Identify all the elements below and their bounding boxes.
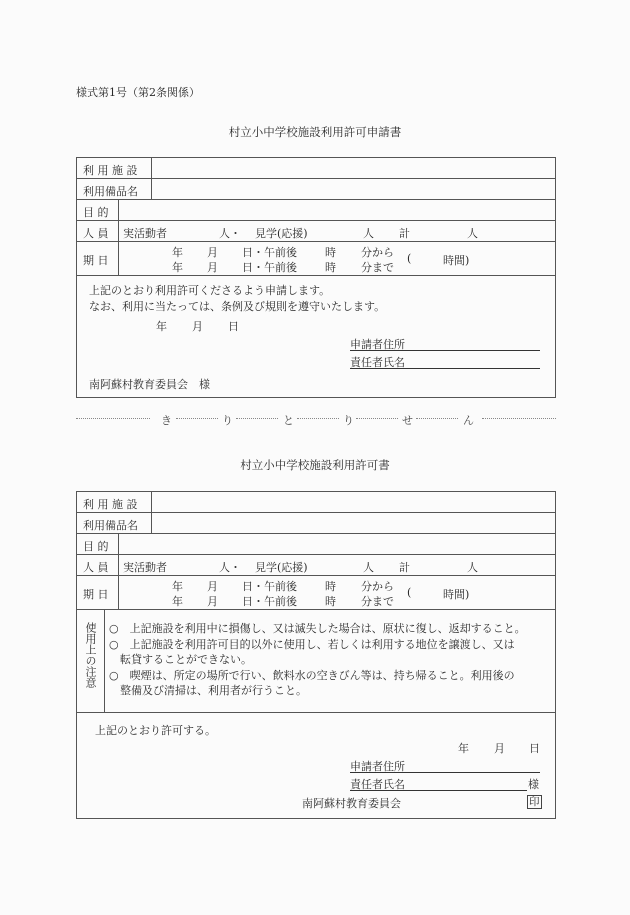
applicant-address-field[interactable] bbox=[350, 772, 540, 773]
day-ampm: 日・午前後 bbox=[242, 244, 297, 260]
usage-note: ○ 上記施設を利用中に損傷し、又は滅失した場合は、原状に復し、返却すること。 bbox=[109, 620, 526, 636]
total-label: 計 bbox=[399, 225, 410, 241]
until-label: 分まで bbox=[361, 593, 394, 609]
row-facility: 利 用 施 設 bbox=[77, 158, 555, 179]
unit-person: 人・ bbox=[219, 559, 241, 575]
usage-note: ○ 上記施設を利用許可目的以外に使用し、若しくは利用する地位を譲渡し、又は bbox=[109, 636, 515, 652]
cut-char: ん bbox=[463, 412, 474, 428]
seal-mark: 印 bbox=[527, 795, 542, 809]
date-year: 年 bbox=[458, 740, 469, 756]
date-month: 月 bbox=[192, 318, 203, 334]
spectators-label: 見学(応援) bbox=[255, 559, 308, 575]
row-equipment: 利用備品名 bbox=[77, 513, 555, 534]
row-equipment: 利用備品名 bbox=[77, 179, 555, 200]
label-purpose: 目 的 bbox=[83, 204, 109, 220]
row-people: 人 員 実活動者 人・ 見学(応援) 人 計 人 bbox=[77, 555, 555, 576]
permit-statement: 上記のとおり許可する。 bbox=[95, 722, 216, 738]
request-statement-2: なお、利用に当たっては、条例及び規則を遵守いたします。 bbox=[89, 298, 385, 314]
permit-form-table: 利 用 施 設 利用備品名 目 的 人 員 実活動者 人・ 見学(応援) 人 計… bbox=[76, 491, 556, 819]
hour-unit: 時 bbox=[325, 259, 336, 275]
unit-person: 人 bbox=[363, 559, 374, 575]
duration-label: 時間) bbox=[443, 252, 469, 268]
label-equipment: 利用備品名 bbox=[83, 183, 138, 199]
row-period: 期 日 年 月 日・午前後 時 分から 年 月 日・午前後 時 分まで ( 時間… bbox=[77, 242, 555, 276]
permit-title: 村立小中学校施設利用許可書 bbox=[0, 457, 630, 473]
spectators-label: 見学(応援) bbox=[255, 225, 308, 241]
hour-unit: 時 bbox=[325, 244, 336, 260]
responsible-name-field[interactable] bbox=[350, 368, 540, 369]
issuer: 南阿蘇村教育委員会 bbox=[302, 795, 401, 811]
active-participants-label: 実活動者 bbox=[123, 559, 167, 575]
date-year: 年 bbox=[156, 318, 167, 334]
month-unit: 月 bbox=[207, 593, 218, 609]
active-participants-label: 実活動者 bbox=[123, 225, 167, 241]
row-period: 期 日 年 月 日・午前後 時 分から 年 月 日・午前後 時 分まで ( 時間… bbox=[77, 576, 555, 610]
unit-person: 人・ bbox=[219, 225, 241, 241]
application-title: 村立小中学校施設利用許可申請書 bbox=[0, 124, 630, 140]
application-form-table: 利 用 施 設 利用備品名 目 的 人 員 実活動者 人・ 見学(応援) 人 計… bbox=[76, 157, 556, 398]
responsible-name-field[interactable] bbox=[350, 790, 527, 791]
label-equipment: 利用備品名 bbox=[83, 517, 138, 533]
day-ampm: 日・午前後 bbox=[242, 593, 297, 609]
row-usage-notes: 使用上の注意 ○ 上記施設を利用中に損傷し、又は滅失した場合は、原状に復し、返却… bbox=[77, 610, 555, 713]
duration-open: ( bbox=[407, 252, 411, 265]
cut-char: り bbox=[222, 412, 233, 428]
unit-person: 人 bbox=[467, 225, 478, 241]
date-day: 日 bbox=[228, 318, 239, 334]
year-unit: 年 bbox=[172, 578, 183, 594]
label-facility: 利 用 施 設 bbox=[83, 162, 138, 178]
label-people: 人 員 bbox=[83, 225, 109, 241]
usage-note: 転貸することができない。 bbox=[109, 651, 252, 667]
cut-char: き bbox=[161, 412, 172, 428]
duration-label: 時間) bbox=[443, 586, 469, 602]
day-ampm: 日・午前後 bbox=[242, 578, 297, 594]
row-facility: 利 用 施 設 bbox=[77, 492, 555, 513]
label-facility: 利 用 施 設 bbox=[83, 496, 138, 512]
hour-unit: 時 bbox=[325, 578, 336, 594]
cut-char: と bbox=[283, 412, 294, 428]
year-unit: 年 bbox=[172, 259, 183, 275]
until-label: 分まで bbox=[361, 259, 394, 275]
row-purpose: 目 的 bbox=[77, 534, 555, 555]
row-people: 人 員 実活動者 人・ 見学(応援) 人 計 人 bbox=[77, 221, 555, 242]
label-purpose: 目 的 bbox=[83, 538, 109, 554]
duration-open: ( bbox=[407, 586, 411, 599]
cut-char: せ bbox=[402, 412, 413, 428]
year-unit: 年 bbox=[172, 244, 183, 260]
from-label: 分から bbox=[361, 244, 394, 260]
applicant-address-field[interactable] bbox=[350, 350, 540, 351]
row-purpose: 目 的 bbox=[77, 200, 555, 221]
month-unit: 月 bbox=[207, 244, 218, 260]
seal-icon: 印 bbox=[527, 795, 542, 809]
usage-note: ○ 喫煙は、所定の場所で行い、飲料水の空きびん等は、持ち帰ること。利用後の bbox=[109, 667, 515, 683]
month-unit: 月 bbox=[207, 259, 218, 275]
honorific: 様 bbox=[528, 776, 539, 792]
date-month: 月 bbox=[494, 740, 505, 756]
unit-person: 人 bbox=[467, 559, 478, 575]
usage-note: 整備及び清掃は、利用者が行うこと。 bbox=[109, 682, 307, 698]
label-people: 人 員 bbox=[83, 559, 109, 575]
year-unit: 年 bbox=[172, 593, 183, 609]
cut-line: き り と り せ ん bbox=[76, 412, 556, 426]
form-number-label: 様式第1号（第2条関係） bbox=[76, 84, 200, 100]
addressee: 南阿蘇村教育委員会 様 bbox=[89, 376, 210, 392]
cut-char: り bbox=[343, 412, 354, 428]
label-period: 期 日 bbox=[83, 586, 109, 602]
hour-unit: 時 bbox=[325, 593, 336, 609]
label-period: 期 日 bbox=[83, 252, 109, 268]
day-ampm: 日・午前後 bbox=[242, 259, 297, 275]
unit-person: 人 bbox=[363, 225, 374, 241]
date-day: 日 bbox=[529, 740, 540, 756]
total-label: 計 bbox=[399, 559, 410, 575]
request-statement-1: 上記のとおり利用許可くださるよう申請します。 bbox=[89, 282, 330, 298]
month-unit: 月 bbox=[207, 578, 218, 594]
label-usage-notes: 使用上の注意 bbox=[84, 622, 96, 688]
from-label: 分から bbox=[361, 578, 394, 594]
